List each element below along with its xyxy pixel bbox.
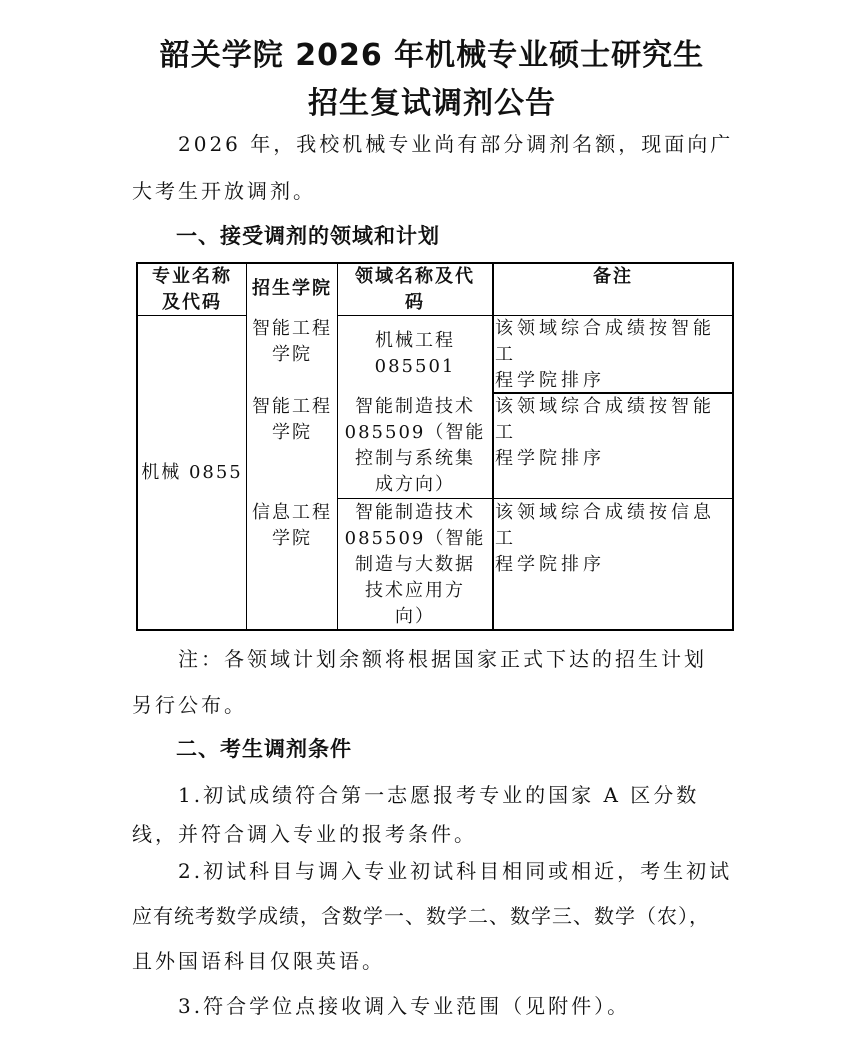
note-line1: 注：各领域计划余额将根据国家正式下达的招生计划 bbox=[178, 643, 707, 672]
condition2-line1: 2.初试科目与调入专业初试科目相同或相近，考生初试 bbox=[178, 855, 732, 884]
row2-college-line2: 学院 bbox=[247, 420, 337, 446]
header-college: 招生学院 bbox=[247, 276, 337, 302]
row2-remark-line1: 该领域综合成绩按智能工 bbox=[495, 394, 731, 446]
row3-field-line3: 制造与大数据 bbox=[338, 552, 492, 578]
row3-college-line2: 学院 bbox=[247, 526, 337, 552]
row3-remark: 该领域综合成绩按信息工 程学院排序 bbox=[495, 500, 731, 578]
row1-remark-line2: 程学院排序 bbox=[495, 368, 731, 394]
row2-remark: 该领域综合成绩按智能工 程学院排序 bbox=[495, 394, 731, 472]
row2-field-line4: 成方向） bbox=[338, 472, 492, 498]
intro-paragraph-line1: 2026 年，我校机械专业尚有部分调剂名额，现面向广 bbox=[178, 128, 733, 157]
table-border-right bbox=[732, 262, 734, 631]
row3-field-line1: 智能制造技术 bbox=[338, 500, 492, 526]
section2-heading: 二、考生调剂条件 bbox=[176, 733, 352, 763]
quota-table: 专业名称 及代码 招生学院 领域名称及代 码 备注 机械 0855 智能工程 学… bbox=[136, 262, 734, 631]
row3-field-line4: 技术应用方 bbox=[338, 578, 492, 604]
row2-field-line2: 085509（智能 bbox=[338, 420, 492, 446]
row3-college-line1: 信息工程 bbox=[247, 500, 337, 526]
row1-college-line1: 智能工程 bbox=[247, 316, 337, 342]
row1-college-line2: 学院 bbox=[247, 342, 337, 368]
document-title-line2: 招生复试调剂公告 bbox=[0, 78, 864, 122]
document-title-line1: 韶关学院 2026 年机械专业硕士研究生 bbox=[0, 30, 864, 74]
condition2-line3: 且外国语科目仅限英语。 bbox=[132, 945, 385, 974]
header-field-line1: 领域名称及代 bbox=[338, 264, 492, 290]
header-field: 领域名称及代 码 bbox=[338, 264, 492, 316]
row2-college: 智能工程 学院 bbox=[247, 394, 337, 446]
row1-field-line1: 机械工程 bbox=[338, 328, 492, 354]
table-row-divider-2 bbox=[337, 498, 734, 499]
row2-college-line1: 智能工程 bbox=[247, 394, 337, 420]
condition1-line1: 1.初试成绩符合第一志愿报考专业的国家 A 区分数 bbox=[178, 779, 699, 808]
row2-field: 智能制造技术 085509（智能 控制与系统集 成方向） bbox=[338, 394, 492, 498]
section1-heading: 一、接受调剂的领域和计划 bbox=[176, 220, 440, 250]
note-line2: 另行公布。 bbox=[132, 689, 247, 718]
row3-college: 信息工程 学院 bbox=[247, 500, 337, 552]
table-col-divider-3 bbox=[492, 262, 494, 631]
header-major-line2: 及代码 bbox=[140, 290, 244, 316]
row3-remark-line2: 程学院排序 bbox=[495, 552, 731, 578]
header-remark: 备注 bbox=[494, 264, 732, 290]
row2-remark-line2: 程学院排序 bbox=[495, 446, 731, 472]
row3-field-line2: 085509（智能 bbox=[338, 526, 492, 552]
row1-field-line2: 085501 bbox=[338, 354, 492, 380]
condition2-line2: 应有统考数学成绩，含数学一、数学二、数学三、数学（农）， bbox=[132, 900, 710, 929]
row3-remark-line1: 该领域综合成绩按信息工 bbox=[495, 500, 731, 552]
row1-college: 智能工程 学院 bbox=[247, 316, 337, 368]
condition3-line1: 3.符合学位点接收调入专业范围（见附件）。 bbox=[178, 990, 630, 1019]
major-cell: 机械 0855 bbox=[138, 460, 246, 486]
table-border-left bbox=[136, 262, 138, 631]
row2-field-line1: 智能制造技术 bbox=[338, 394, 492, 420]
row2-field-line3: 控制与系统集 bbox=[338, 446, 492, 472]
row1-remark: 该领域综合成绩按智能工 程学院排序 bbox=[495, 316, 731, 394]
row1-remark-line1: 该领域综合成绩按智能工 bbox=[495, 316, 731, 368]
header-field-line2: 码 bbox=[338, 290, 492, 316]
row3-field: 智能制造技术 085509（智能 制造与大数据 技术应用方 向） bbox=[338, 500, 492, 630]
header-major-line1: 专业名称 bbox=[140, 264, 244, 290]
header-major: 专业名称 及代码 bbox=[140, 264, 244, 316]
intro-paragraph-line2: 大考生开放调剂。 bbox=[132, 175, 316, 204]
row3-field-line5: 向） bbox=[338, 604, 492, 630]
row1-field: 机械工程 085501 bbox=[338, 328, 492, 380]
condition1-line2: 线，并符合调入专业的报考条件。 bbox=[132, 818, 477, 847]
